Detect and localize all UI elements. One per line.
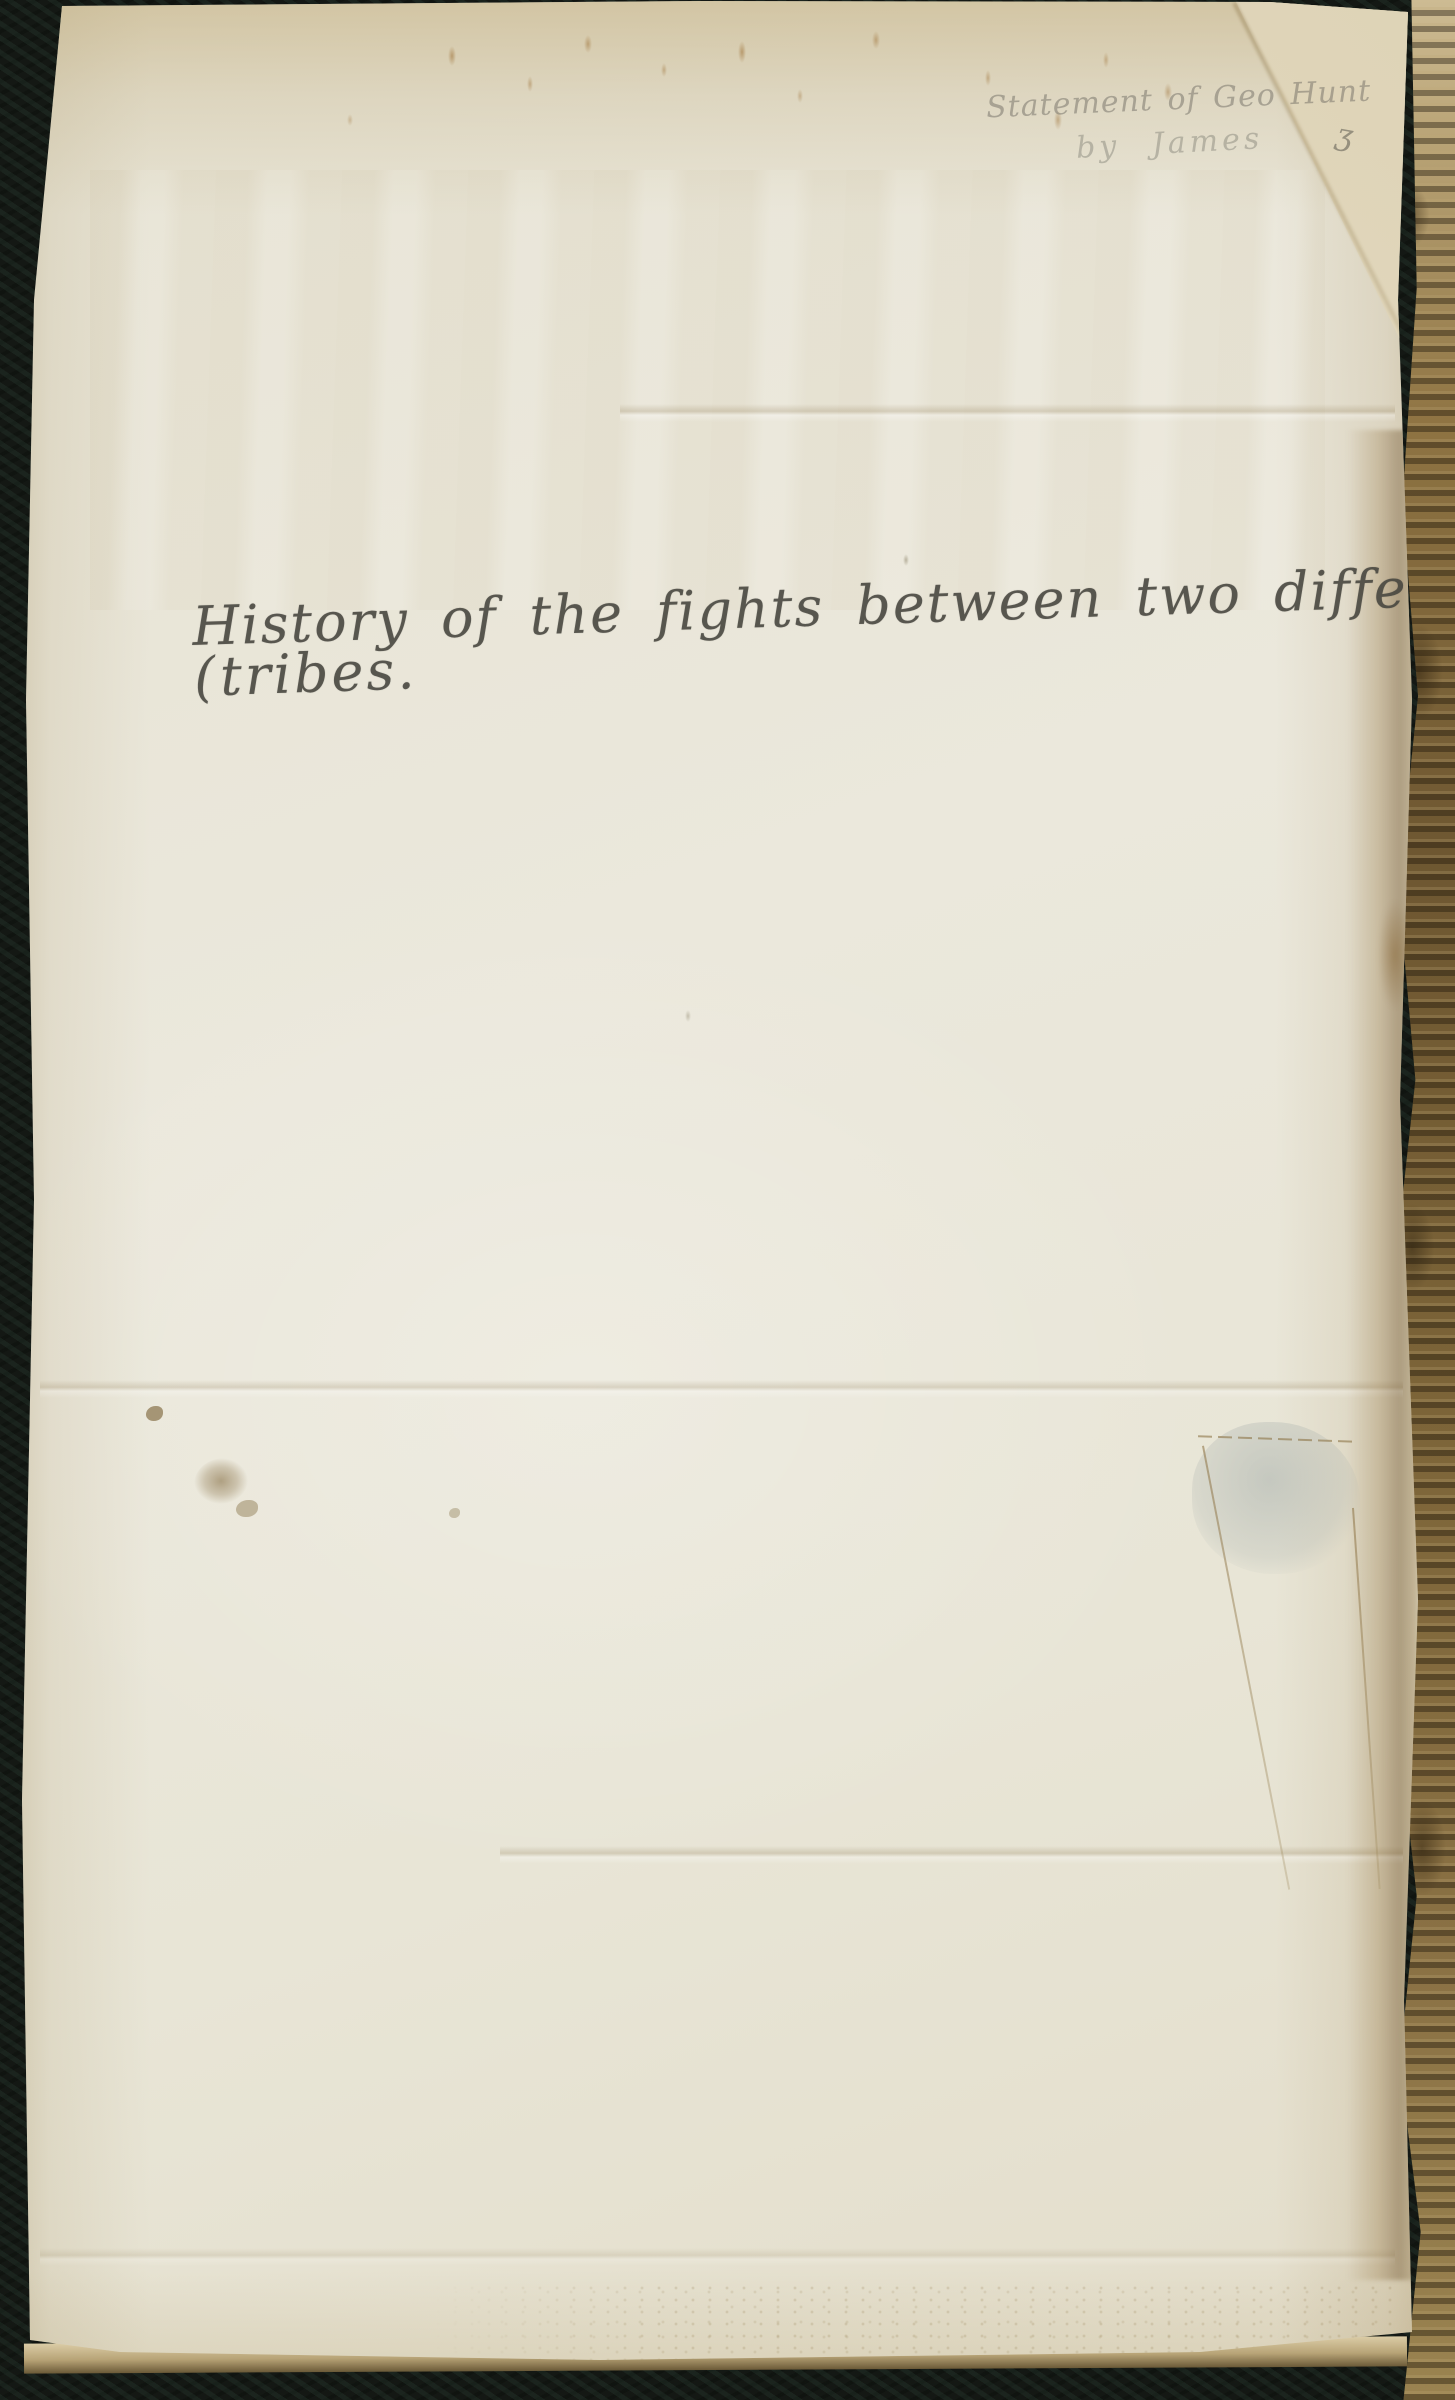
tear-patch (1192, 1422, 1360, 1574)
crease-line (40, 2248, 1395, 2266)
foxing-stains (0, 0, 1455, 2400)
handwritten-title-line2-text: tribes. (219, 638, 418, 708)
crease-line (500, 1846, 1403, 1864)
handwritten-brace: ( (193, 645, 219, 709)
crease-line (40, 1380, 1403, 1398)
handwritten-title-line2: (tribes. (193, 638, 418, 709)
crease-line (620, 404, 1395, 422)
manuscript-page: History of the fights between two differ… (0, 0, 1455, 2400)
manuscript-scan: History of the fights between two differ… (0, 0, 1455, 2400)
